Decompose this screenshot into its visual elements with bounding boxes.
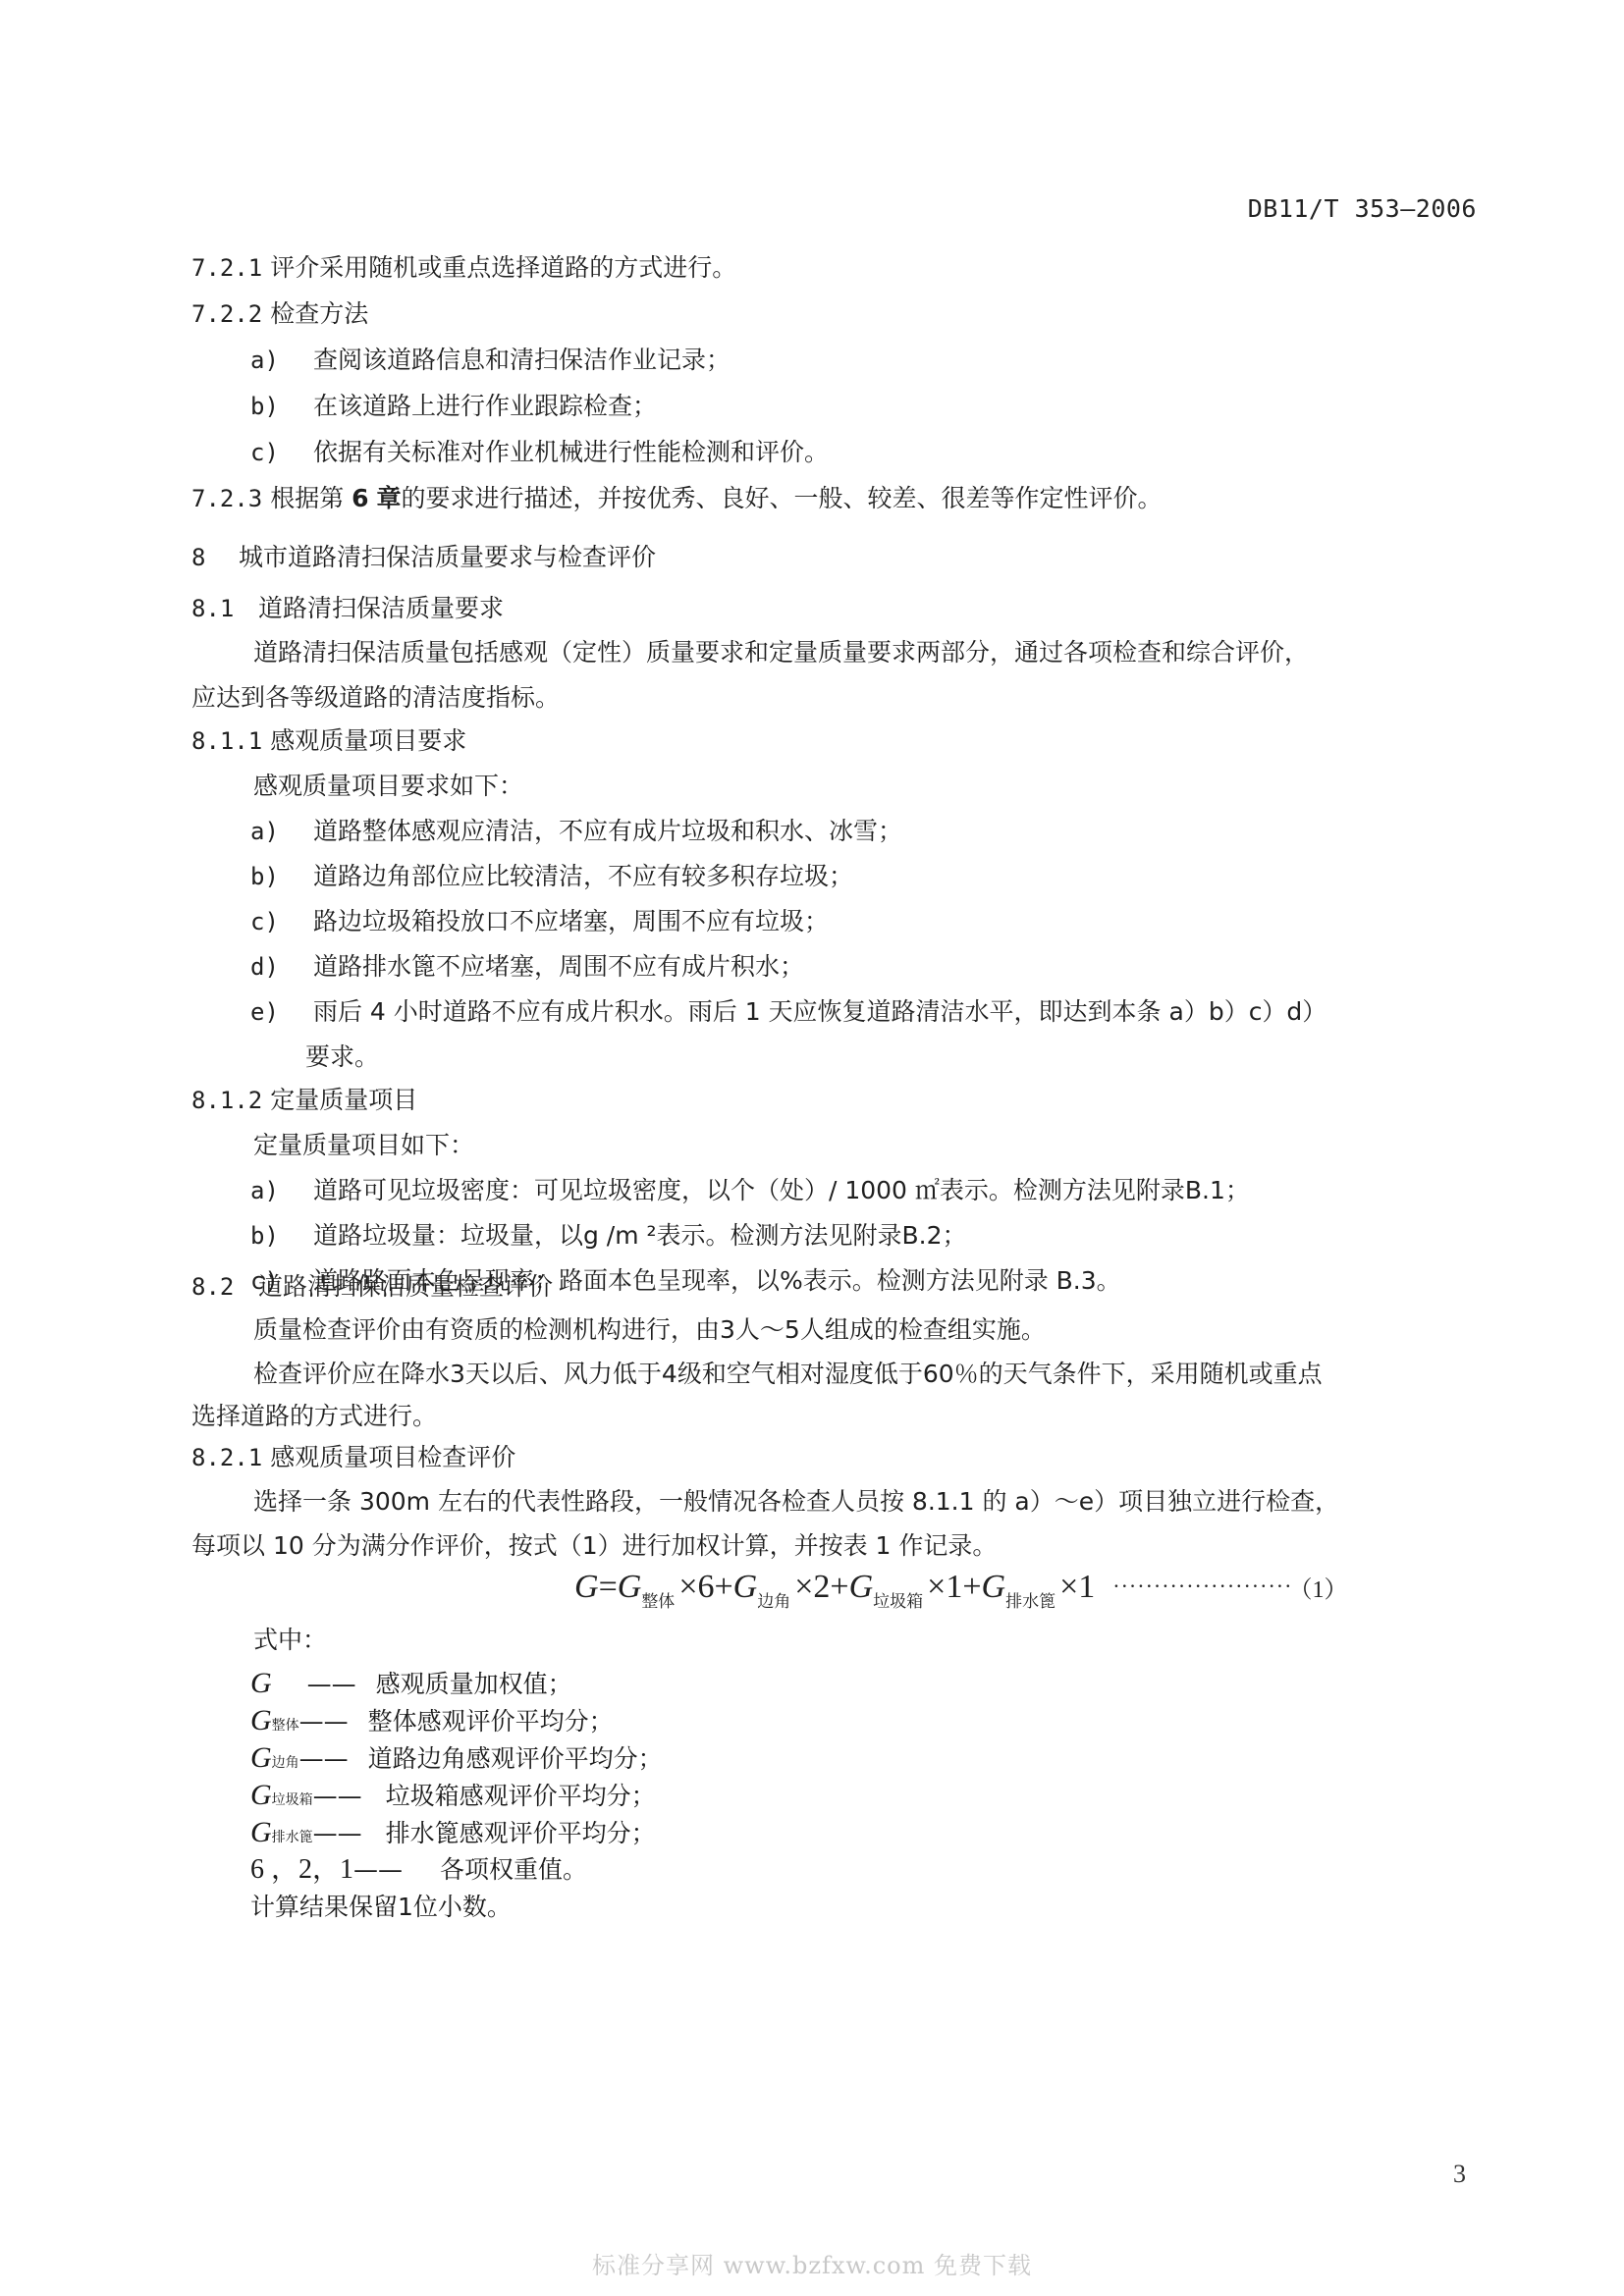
section-8-1-heading: 8.1 道路清扫保洁质量要求	[191, 594, 504, 623]
variable-description: 道路边角感观评价平均分；	[368, 1744, 663, 1773]
item-label: d)	[250, 952, 305, 982]
list-item: a) 道路整体感观应清洁，不应有成片垃圾和积水、冰雪；	[250, 817, 902, 846]
paragraph-line: 每项以 10 分为满分作评价，按式（1）进行加权计算，并按表 1 作记录。	[191, 1531, 997, 1561]
list-item: b) 道路边角部位应比较清洁，不应有较多积存垃圾；	[250, 862, 853, 891]
variable-description: 垃圾箱感观评价平均分；	[386, 1782, 656, 1810]
formula-term-symbol: G	[849, 1569, 874, 1605]
clause-7-2-2-heading: 7.2.2 检查方法	[191, 299, 368, 329]
formula-term-symbol: G	[733, 1569, 758, 1605]
formula-term-subscript: 整体	[641, 1592, 675, 1612]
weighted-score-formula: G=G整体×6+G边角×2+G垃圾箱×1+G排水篦×1·············…	[574, 1569, 1347, 1612]
item-label: a)	[250, 346, 305, 375]
variable-definition: G排水篦—— 排水篦感观评价平均分；	[250, 1818, 656, 1852]
document-code: DB11/T 353—2006	[1248, 194, 1477, 223]
variable-symbol: G	[250, 1704, 272, 1736]
item-label: b)	[250, 392, 305, 421]
formula-term-subscript: 排水篦	[1005, 1592, 1056, 1612]
list-item: d) 道路排水篦不应堵塞，周围不应有成片积水；	[250, 952, 804, 982]
rounding-note: 计算结果保留1位小数。	[250, 1893, 512, 1922]
item-text: 道路边角部位应比较清洁，不应有较多积存垃圾；	[313, 862, 853, 890]
definition-dash: ——	[307, 1670, 356, 1699]
paragraph-line: 选择一条 300m 左右的代表性路段，一般情况各检查人员按 8.1.1 的 a）…	[253, 1487, 1339, 1517]
clause-number: 8.2.1	[191, 1443, 262, 1472]
chapter-8-heading: 8 城市道路清扫保洁质量要求与检查评价	[191, 543, 656, 572]
variable-definition: G整体—— 整体感观评价平均分；	[250, 1706, 614, 1740]
list-item-continuation: 要求。	[305, 1042, 379, 1072]
list-item: b) 道路垃圾量：垃圾量，以g /m ²表示。检测方法见附录B.2；	[250, 1221, 967, 1251]
chapter-title: 城市道路清扫保洁质量要求与检查评价	[239, 543, 656, 571]
item-label: a)	[250, 817, 305, 846]
item-text: 查阅该道路信息和清扫保洁作业记录；	[313, 346, 731, 374]
clause-8-1-2-heading: 8.1.2 定量质量项目	[191, 1086, 417, 1115]
item-text: 雨后 4 小时道路不应有成片积水。雨后 1 天应恢复道路清洁水平，即达到本条 a…	[313, 997, 1326, 1026]
formula-operator: ×1+	[927, 1569, 981, 1605]
variable-definition: G边角—— 道路边角感观评价平均分；	[250, 1743, 663, 1778]
item-text: 道路排水篦不应堵塞，周围不应有成片积水；	[313, 952, 804, 981]
chapter-word: 章	[377, 484, 402, 512]
list-item: b) 在该道路上进行作业跟踪检查；	[250, 392, 657, 421]
list-item: e) 雨后 4 小时道路不应有成片积水。雨后 1 天应恢复道路清洁水平，即达到本…	[250, 997, 1326, 1027]
item-text: 道路可见垃圾密度：可见垃圾密度，以个（处）/ 1000 ㎡表示。检测方法见附录B…	[313, 1176, 1250, 1204]
section-title: 道路清扫保洁质量检查评价	[258, 1272, 553, 1301]
clause-8-2-1-heading: 8.2.1 感观质量项目检查评价	[191, 1443, 515, 1472]
formula-term-symbol: G	[982, 1569, 1006, 1605]
clause-7-2-3: 7.2.3 根据第 6 章的要求进行描述，并按优秀、良好、一般、较差、很差等作定…	[191, 484, 1163, 513]
item-text: 路边垃圾箱投放口不应堵塞，周围不应有垃圾；	[313, 907, 829, 935]
formula-term-symbol: G	[618, 1569, 642, 1605]
formula-operator: ×2+	[794, 1569, 848, 1605]
variable-definition: G —— 感观质量加权值；	[250, 1669, 572, 1703]
definition-dash: ——	[299, 1744, 349, 1774]
formula-equals: =	[599, 1569, 618, 1605]
item-label: b)	[250, 1221, 305, 1251]
clause-title: 感观质量项目要求	[270, 726, 466, 755]
definition-dash: ——	[313, 1819, 362, 1848]
weights-description: 各项权重值。	[440, 1855, 587, 1884]
formula-term-subscript: 边角	[757, 1592, 790, 1612]
formula-lhs: G	[574, 1569, 599, 1605]
variable-subscript: 整体	[272, 1718, 299, 1734]
weights-definition: 6 ，2，1—— 各项权重值。	[250, 1855, 587, 1885]
clause-title: 感观质量项目检查评价	[270, 1443, 515, 1471]
item-label: a)	[250, 1176, 305, 1205]
chapter-number: 8	[191, 543, 231, 572]
weight-values: 6 ，2，1	[250, 1854, 353, 1885]
variable-symbol: G	[250, 1816, 272, 1848]
clause-text: 评介采用随机或重点选择道路的方式进行。	[270, 253, 736, 282]
clause-7-2-1: 7.2.1 评介采用随机或重点选择道路的方式进行。	[191, 253, 736, 283]
variable-definition: G垃圾箱—— 垃圾箱感观评价平均分；	[250, 1781, 656, 1815]
definition-dash: ——	[313, 1782, 362, 1811]
clause-number: 8.1.1	[191, 726, 262, 756]
item-label: c)	[250, 438, 305, 467]
clause-number: 8.1.2	[191, 1086, 262, 1115]
definition-dash: ——	[353, 1855, 403, 1885]
clause-title: 检查方法	[270, 299, 368, 328]
formula-leader-dots: ······················	[1112, 1574, 1292, 1598]
variable-symbol: G	[250, 1741, 272, 1774]
clause-number: 7.2.2	[191, 299, 262, 329]
variable-symbol: G	[250, 1667, 272, 1699]
item-label: b)	[250, 862, 305, 891]
variable-description: 整体感观评价平均分；	[368, 1707, 614, 1735]
item-text: 在该道路上进行作业跟踪检查；	[313, 392, 657, 420]
paragraph-line: 检查评价应在降水3天以后、风力低于4级和空气相对湿度低于60％的天气条件下，采用…	[253, 1360, 1323, 1389]
item-label: e)	[250, 997, 305, 1027]
variable-symbol: G	[250, 1779, 272, 1811]
clause-number: 7.2.1	[191, 253, 262, 283]
definition-dash: ——	[299, 1707, 349, 1736]
paragraph-line: 选择道路的方式进行。	[191, 1402, 437, 1431]
clause-title: 定量质量项目	[270, 1086, 417, 1114]
clause-8-1-1-heading: 8.1.1 感观质量项目要求	[191, 726, 466, 756]
clause-intro: 感观质量项目要求如下：	[253, 772, 523, 801]
list-item: a) 道路可见垃圾密度：可见垃圾密度，以个（处）/ 1000 ㎡表示。检测方法见…	[250, 1176, 1250, 1205]
document-page: DB11/T 353—2006 7.2.1 评介采用随机或重点选择道路的方式进行…	[0, 0, 1624, 2296]
clause-number: 7.2.3	[191, 484, 262, 513]
chapter-reference: 6	[352, 484, 368, 512]
page-number: 3	[1453, 2160, 1466, 2189]
section-8-2-heading: 8.2 道路清扫保洁质量检查评价	[191, 1272, 553, 1302]
formula-operator: ×6+	[678, 1569, 732, 1605]
item-label: c)	[250, 907, 305, 936]
item-text: 依据有关标准对作业机械进行性能检测和评价。	[313, 438, 829, 466]
item-text: 道路垃圾量：垃圾量，以g /m ²表示。检测方法见附录B.2；	[313, 1221, 967, 1250]
variable-subscript: 垃圾箱	[272, 1792, 313, 1808]
variable-subscript: 边角	[272, 1755, 299, 1771]
item-text: 道路整体感观应清洁，不应有成片垃圾和积水、冰雪；	[313, 817, 902, 845]
clause-text-post: 的要求进行描述，并按优秀、良好、一般、较差、很差等作定性评价。	[402, 484, 1163, 512]
variable-description: 感观质量加权值；	[376, 1670, 572, 1698]
paragraph-line: 质量检查评价由有资质的检测机构进行，由3人～5人组成的检查组实施。	[253, 1315, 1046, 1345]
list-item: a) 查阅该道路信息和清扫保洁作业记录；	[250, 346, 731, 375]
clause-intro: 定量质量项目如下：	[253, 1131, 474, 1160]
section-title: 道路清扫保洁质量要求	[258, 594, 504, 622]
variable-subscript: 排水篦	[272, 1830, 313, 1845]
variable-description: 排水篦感观评价平均分；	[386, 1819, 656, 1847]
list-item: c) 路边垃圾箱投放口不应堵塞，周围不应有垃圾；	[250, 907, 829, 936]
formula-term-subscript: 垃圾箱	[873, 1592, 923, 1612]
paragraph-line: 应达到各等级道路的清洁度指标。	[191, 683, 560, 713]
watermark: 标准分享网 www.bzfxw.com 免费下载	[0, 2246, 1624, 2280]
section-number: 8.1	[191, 594, 250, 623]
clause-text-pre: 根据第	[270, 484, 344, 512]
list-item: c) 依据有关标准对作业机械进行性能检测和评价。	[250, 438, 829, 467]
paragraph-line: 道路清扫保洁质量包括感观（定性）质量要求和定量质量要求两部分，通过各项检查和综合…	[253, 638, 1309, 667]
where-label: 式中：	[253, 1626, 327, 1655]
section-number: 8.2	[191, 1272, 250, 1302]
equation-number: （1）	[1300, 1577, 1347, 1603]
formula-operator: ×1	[1059, 1569, 1095, 1605]
